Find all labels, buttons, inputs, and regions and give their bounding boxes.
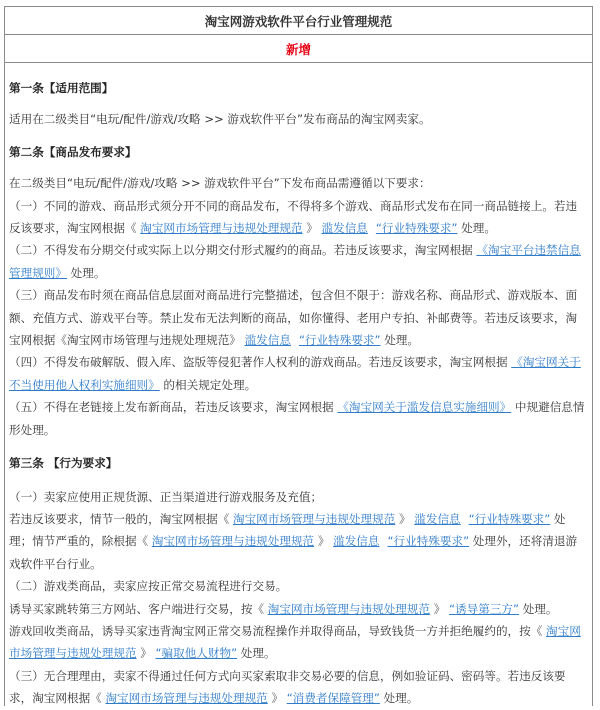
link-spam-info[interactable]: 滥发信息 (333, 534, 379, 548)
link-market-rules[interactable]: 淘宝网市场管理与违规处理规范 (233, 512, 395, 526)
document-title: 淘宝网游戏软件平台行业管理规范 (5, 7, 592, 35)
article-3-item-2-redirect: 诱导买家跳转第三方网站、客户端进行交易，按《 淘宝网市场管理与违规处理规范 》 … (9, 598, 588, 620)
link-industry-requirements[interactable]: “行业特殊要求” (299, 333, 381, 347)
link-industry-requirements[interactable]: “行业特殊要求” (469, 512, 551, 526)
article-2-item-5: （五）不得在老链接上发布新商品，若违反该要求，淘宝网根据 《淘宝网关于滥发信息实… (9, 396, 588, 441)
link-market-rules[interactable]: 淘宝网市场管理与违规处理规范 (152, 534, 314, 548)
link-consumer-protection[interactable]: “消费者保障管理” (287, 691, 380, 698)
article-2-heading: 第二条【商品发布要求】 (9, 141, 588, 163)
rules-document: 淘宝网游戏软件平台行业管理规范 新增 第一条【适用范围】 适用在二级类目“电玩/… (4, 6, 593, 698)
article-3-item-1-penalty: 若违反该要求，情节一般的，淘宝网根据《 淘宝网市场管理与违规处理规范 》 滥发信… (9, 508, 588, 575)
link-market-rules[interactable]: 淘宝网市场管理与违规处理规范 (105, 691, 267, 698)
link-spam-info-rules[interactable]: 《淘宝网关于滥发信息实施细则》 (337, 400, 511, 414)
article-2-item-4: （四）不得发布破解版、假入库、盗版等侵犯著作人权利的游戏商品。若违反该要求，淘宝… (9, 351, 588, 396)
link-spam-info[interactable]: 滥发信息 (322, 221, 368, 235)
article-2-item-3: （三）商品发布时须在商品信息层面对商品进行完整描述，包含但不限于：游戏名称、商品… (9, 284, 588, 351)
link-industry-requirements[interactable]: “行业特殊要求” (376, 221, 458, 235)
link-market-rules[interactable]: 淘宝网市场管理与违规处理规范 (268, 602, 430, 616)
link-industry-requirements[interactable]: “行业特殊要求” (388, 534, 470, 548)
link-induce-third-party[interactable]: “诱导第三方” (449, 602, 519, 616)
article-3-item-2: （二）游戏类商品，卖家应按正常交易流程进行交易。 (9, 575, 588, 597)
article-3-heading: 第三条 【行为要求】 (9, 452, 588, 474)
link-spam-info[interactable]: 滥发信息 (245, 333, 291, 347)
article-3-item-1: （一）卖家应使用正规货源、正当渠道进行游戏服务及充值； (9, 486, 588, 508)
new-badge: 新增 (5, 35, 592, 63)
link-spam-info[interactable]: 滥发信息 (414, 512, 460, 526)
link-market-rules[interactable]: 淘宝网市场管理与违规处理规范 (140, 221, 302, 235)
link-fraud[interactable]: “骗取他人财物” (156, 646, 238, 660)
article-1-heading: 第一条【适用范围】 (9, 77, 588, 99)
article-2-intro: 在二级类目“电玩/配件/游戏/攻略 >> 游戏软件平台”下发布商品需遵循以下要求… (9, 172, 588, 194)
document-body: 第一条【适用范围】 适用在二级类目“电玩/配件/游戏/攻略 >> 游戏软件平台”… (5, 63, 592, 698)
article-3-item-2-recycle: 游戏回收类商品，诱导买家违背淘宝网正常交易流程操作并取得商品，导致钱货一方并拒绝… (9, 620, 588, 665)
article-3-item-3: （三）无合理理由，卖家不得通过任何方式向买家索取非交易必要的信息，例如验证码、密… (9, 665, 588, 698)
article-1-text: 适用在二级类目“电玩/配件/游戏/攻略 >> 游戏软件平台”发布商品的淘宝网卖家… (9, 108, 588, 130)
article-2-item-1: （一）不同的游戏、商品形式须分开不同的商品发布，不得将多个游戏、商品形式发布在同… (9, 195, 588, 240)
article-2-item-2: （二）不得发布分期交付或实际上以分期交付形式履约的商品。若违反该要求，淘宝网根据… (9, 239, 588, 284)
